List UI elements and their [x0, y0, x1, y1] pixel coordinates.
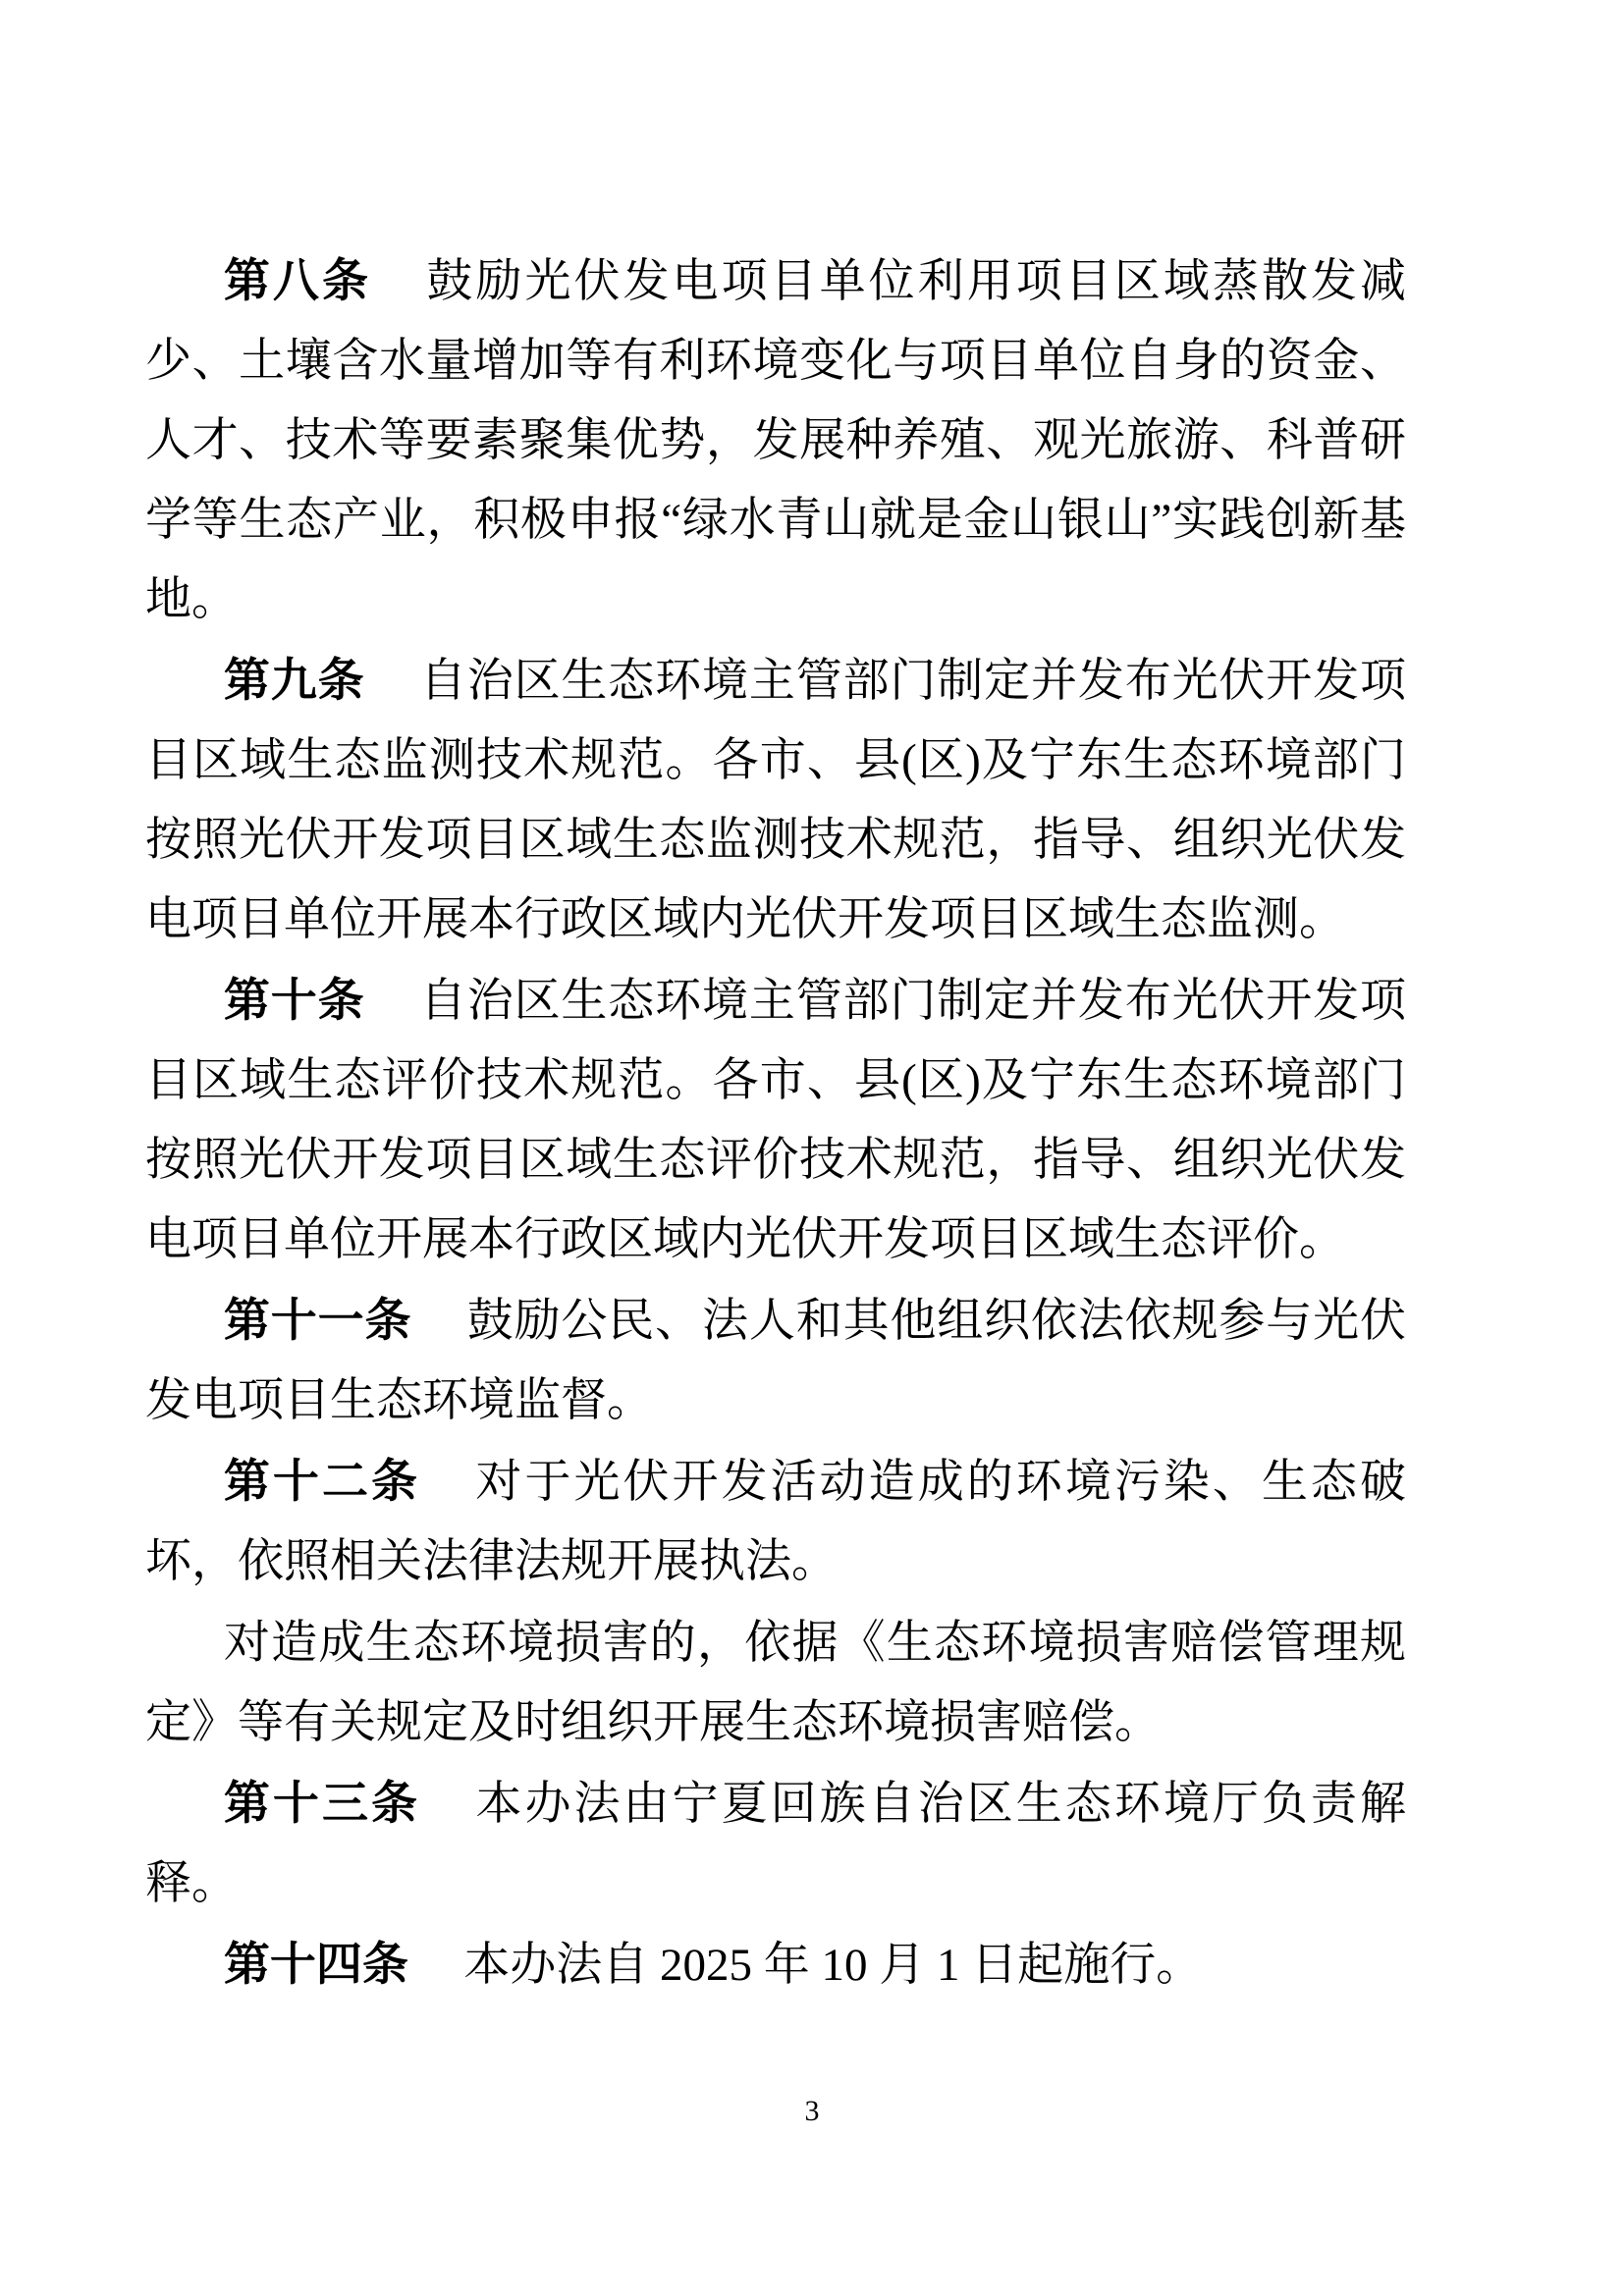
article-11-paragraph: 第十一条鼓励公民、法人和其他组织依法依规参与光伏发电项目生态环境监督。: [145, 1280, 1406, 1441]
article-8-paragraph: 第八条鼓励光伏发电项目单位利用项目区域蒸散发减少、土壤含水量增加等有利环境变化与…: [145, 240, 1406, 640]
article-9-paragraph: 第九条自治区生态环境主管部门制定并发布光伏开发项目区域生态监测技术规范。各市、县…: [145, 640, 1406, 960]
document-page: 第八条鼓励光伏发电项目单位利用项目区域蒸散发减少、土壤含水量增加等有利环境变化与…: [0, 0, 1624, 2296]
article-14-paragraph: 第十四条本办法自 2025 年 10 月 1 日起施行。: [145, 1924, 1406, 2005]
article-8-text: 鼓励光伏发电项目单位利用项目区域蒸散发减少、土壤含水量增加等有利环境变化与项目单…: [145, 256, 1406, 625]
article-12-supplement-text: 对造成生态环境损害的，依据《生态环境损害赔偿管理规定》等有关规定及时组织开展生态…: [145, 1618, 1406, 1748]
article-13-number: 第十三条: [224, 1777, 420, 1829]
article-14-text: 本办法自 2025 年 10 月 1 日起施行。: [463, 1940, 1202, 1991]
article-12-paragraph: 第十二条对于光伏开发活动造成的环境污染、生态破坏，依照相关法律法规开展执法。: [145, 1441, 1406, 1602]
document-body: 第八条鼓励光伏发电项目单位利用项目区域蒸散发减少、土壤含水量增加等有利环境变化与…: [145, 240, 1406, 2005]
article-12-supplement-paragraph: 对造成生态环境损害的，依据《生态环境损害赔偿管理规定》等有关规定及时组织开展生态…: [145, 1602, 1406, 1763]
article-14-number: 第十四条: [224, 1938, 408, 1990]
article-13-paragraph: 第十三条本办法由宁夏回族自治区生态环境厅负责解释。: [145, 1763, 1406, 1924]
article-11-number: 第十一条: [224, 1294, 411, 1346]
article-10-number: 第十条: [224, 974, 365, 1026]
article-12-number: 第十二条: [224, 1455, 420, 1507]
article-8-number: 第八条: [224, 254, 371, 306]
page-number: 3: [805, 2095, 820, 2127]
article-9-number: 第九条: [224, 654, 365, 706]
page-footer: 3: [0, 2094, 1624, 2129]
article-10-paragraph: 第十条自治区生态环境主管部门制定并发布光伏开发项目区域生态评价技术规范。各市、县…: [145, 960, 1406, 1280]
